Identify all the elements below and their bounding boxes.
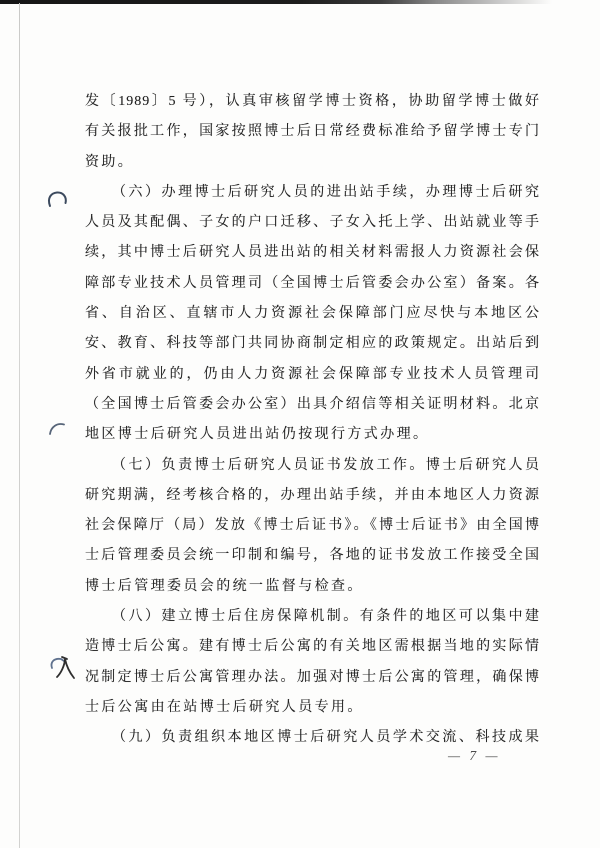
text-line: 省、自治区、直辖市人力资源社会保障部门应尽快与本地区公 bbox=[85, 299, 540, 329]
text-line: 造博士后公寓。建有博士后公寓的有关地区需根据当地的实际情 bbox=[85, 632, 540, 662]
scanned-document-page: 发〔1989〕5 号），认真审核留学博士资格，协助留学博士做好有关报批工作，国家… bbox=[0, 0, 600, 848]
text-line: 研究期满，经考核合格的，办理出站手续，并由本地区人力资源 bbox=[85, 481, 540, 511]
text-line: 士后公寓由在站博士后研究人员专用。 bbox=[85, 693, 540, 723]
text-line: （七）负责博士后研究人员证书发放工作。博士后研究人员 bbox=[85, 451, 540, 481]
text-line: 障部专业技术人员管理司（全国博士后管委会办公室）备案。各 bbox=[85, 269, 540, 299]
text-line: 发〔1989〕5 号），认真审核留学博士资格，协助留学博士做好 bbox=[85, 87, 540, 117]
text-line: 博士后管理委员会的统一监督与检查。 bbox=[85, 572, 540, 602]
text-line: 有关报批工作，国家按照博士后日常经费标准给予留学博士专门 bbox=[85, 117, 540, 147]
scan-edge-artifact bbox=[0, 0, 575, 4]
text-line: 续，其中博士后研究人员进出站的相关材料需报人力资源社会保 bbox=[85, 238, 540, 268]
text-line: 地区博士后研究人员进出站仍按现行方式办理。 bbox=[85, 420, 540, 450]
text-line: （全国博士后管委会办公室）出具介绍信等相关证明材料。北京 bbox=[85, 390, 540, 420]
text-line: 安、教育、科技等部门共同协商制定相应的政策规定。出站后到 bbox=[85, 329, 540, 359]
text-line: 社会保障厅（局）发放《博士后证书》。《博士后证书》由全国博 bbox=[85, 511, 540, 541]
page-number: — 7 — bbox=[448, 748, 558, 764]
text-line: （六）办理博士后研究人员的进出站手续，办理博士后研究 bbox=[85, 178, 540, 208]
text-line: （八）建立博士后住房保障机制。有条件的地区可以集中建 bbox=[85, 602, 540, 632]
page-fold-line bbox=[19, 3, 20, 848]
text-line: 外省市就业的，仍由人力资源社会保障部专业技术人员管理司 bbox=[85, 360, 540, 390]
text-line: 人员及其配偶、子女的户口迁移、子女入托上学、出站就业等手 bbox=[85, 208, 540, 238]
text-line: 士后管理委员会统一印制和编号，各地的证书发放工作接受全国 bbox=[85, 541, 540, 571]
pen-ren-character-mark-icon bbox=[51, 659, 64, 668]
document-body-text: 发〔1989〕5 号），认真审核留学博士资格，协助留学博士做好有关报批工作，国家… bbox=[85, 87, 540, 754]
text-line: 况制定博士后公寓管理办法。加强对博士后公寓的管理，确保博 bbox=[85, 663, 540, 693]
pen-arc-mark-2-icon bbox=[50, 424, 64, 434]
pen-arc-mark-1-icon bbox=[49, 192, 66, 206]
pen-ren-character-mark-icon bbox=[57, 657, 74, 678]
text-line: 资助。 bbox=[85, 148, 540, 178]
